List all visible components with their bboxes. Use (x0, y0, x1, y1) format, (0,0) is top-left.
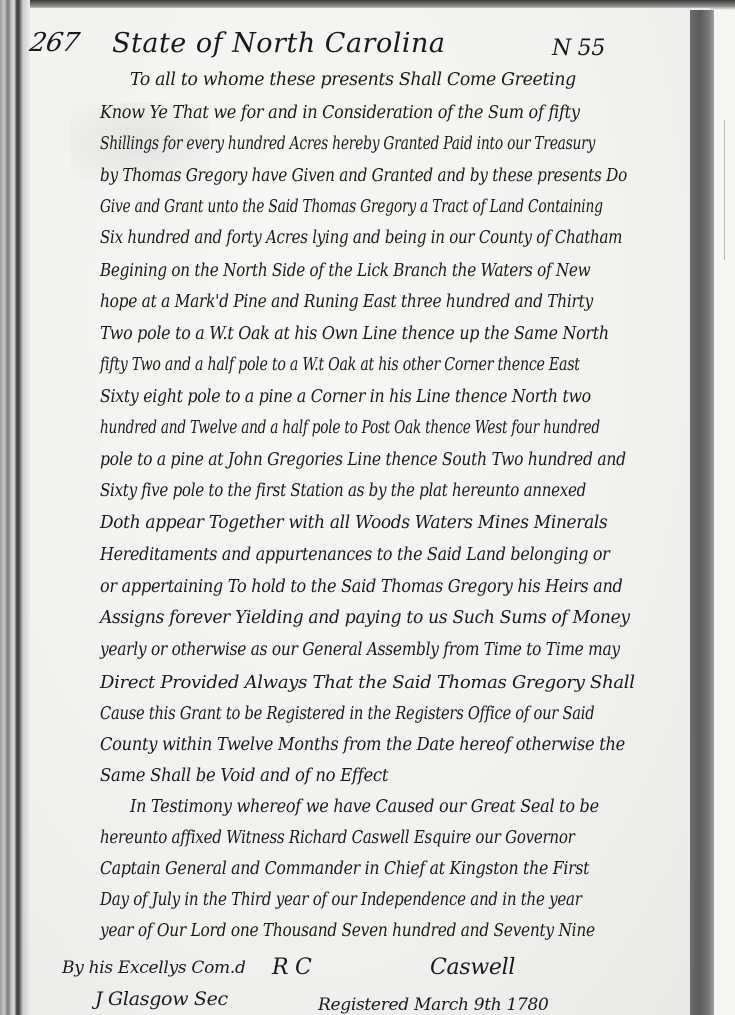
body-line: by Thomas Gregory have Given and Granted… (100, 166, 627, 186)
body-line: or appertaining To hold to the Said Thom… (100, 577, 623, 597)
document-title: State of North Carolina (112, 28, 445, 59)
book-binding-gutter (0, 0, 30, 1015)
body-line: Hereditaments and appurtenances to the S… (100, 545, 609, 565)
body-line: Two pole to a W.t Oak at his Own Line th… (100, 324, 609, 344)
page-edge-shadow (690, 10, 714, 1015)
body-line: Six hundred and forty Acres lying and be… (100, 228, 622, 248)
body-line: pole to a pine at John Gregories Line th… (100, 450, 626, 470)
registration-note: Registered March 9th 1780 (318, 995, 549, 1015)
body-line: yearly or otherwise as our General Assem… (100, 640, 620, 660)
body-line: hope at a Mark'd Pine and Runing East th… (100, 292, 593, 312)
testimony-line: In Testimony whereof we have Caused our … (130, 797, 599, 817)
body-line: Sixty five pole to the first Station as … (100, 481, 586, 501)
body-line: Know Ye That we for and in Consideration… (100, 103, 580, 123)
body-line: Doth appear Together with all Woods Wate… (100, 513, 607, 533)
by-command-note: By his Excellys Com.d (62, 958, 246, 978)
body-line: Same Shall be Void and of no Effect (100, 766, 388, 786)
testimony-line: Day of July in the Third year of our Ind… (100, 890, 582, 910)
body-line: Begining on the North Side of the Lick B… (100, 261, 590, 281)
governor-signature: Caswell (430, 955, 515, 980)
body-line: fifty Two and a half pole to a W.t Oak a… (100, 355, 580, 375)
body-line-greeting: To all to whome these presents Shall Com… (130, 70, 576, 90)
testimony-line: Captain General and Commander in Chief a… (100, 859, 589, 879)
adjacent-page-ink-marks (724, 120, 733, 260)
body-line-provided-always: Direct Provided Always That the Said Tho… (100, 672, 635, 693)
secretary-signature: J Glasgow Sec (95, 988, 228, 1010)
page-number: 267 (27, 28, 81, 58)
body-line: Sixty eight pole to a pine a Corner in h… (100, 387, 591, 407)
testimony-line: hereunto affixed Witness Richard Caswell… (100, 828, 575, 848)
grant-number: N 55 (552, 36, 605, 61)
body-line: Shillings for every hundred Acres hereby… (100, 134, 595, 154)
body-line: County within Twelve Months from the Dat… (100, 735, 625, 755)
scanned-ledger-page: 267 State of North Carolina N 55 To all … (0, 0, 735, 1015)
body-line: Give and Grant unto the Said Thomas Greg… (100, 197, 603, 217)
body-line: hundred and Twelve and a half pole to Po… (100, 418, 600, 438)
body-line: Assigns forever Yielding and paying to u… (100, 608, 630, 628)
body-line: Cause this Grant to be Registered in the… (100, 704, 594, 724)
governor-initials: R C (272, 955, 312, 980)
testimony-line: year of Our Lord one Thousand Seven hund… (100, 921, 595, 941)
